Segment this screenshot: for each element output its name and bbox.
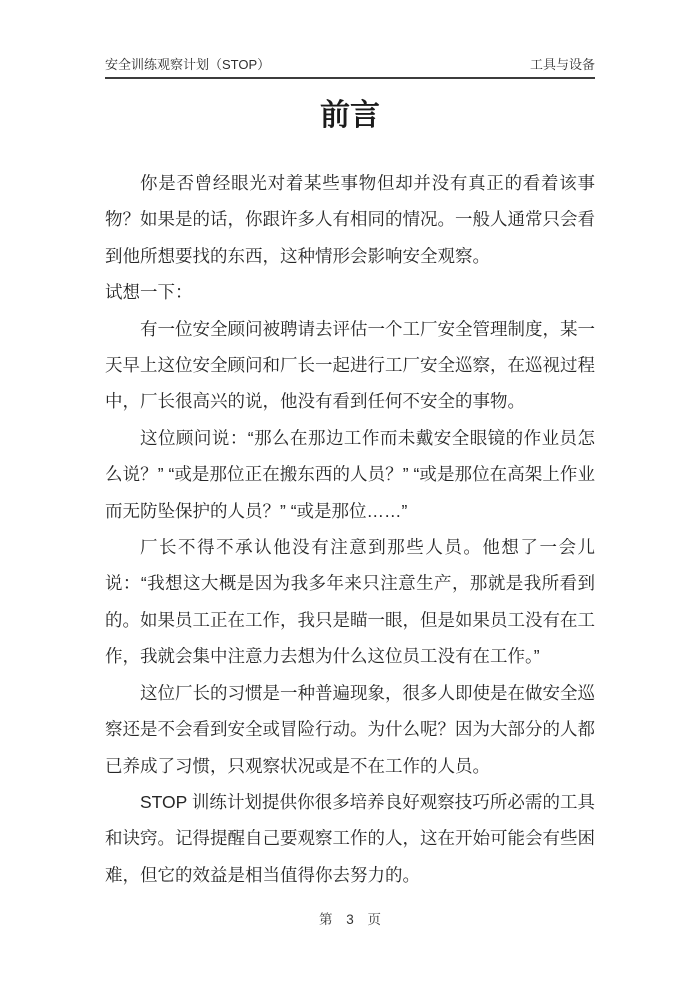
header-left-title: 安全训练观察计划（STOP） [105, 54, 270, 73]
page-title: 前言 [0, 96, 700, 136]
page-number: 第 3 页 [319, 912, 381, 927]
document-body: 你是否曾经眼光对着某些事物但却并没有真正的看着该事物？如果是的话，你跟许多人有相… [105, 165, 595, 893]
body-paragraph: STOP 训练计划提供你很多培养良好观察技巧所必需的工具和诀窍。记得提醒自己要观… [105, 784, 595, 893]
body-paragraph: 厂长不得不承认他没有注意到那些人员。他想了一会儿说：“我想这大概是因为我多年来只… [105, 529, 595, 675]
body-paragraph: 这位顾问说：“那么在那边工作而未戴安全眼镜的作业员怎么说？” “或是那位正在搬东… [105, 420, 595, 529]
body-paragraph: 这位厂长的习惯是一种普遍现象，很多人即使是在做安全巡察还是不会看到安全或冒险行动… [105, 675, 595, 784]
body-paragraph: 你是否曾经眼光对着某些事物但却并没有真正的看着该事物？如果是的话，你跟许多人有相… [105, 165, 595, 274]
page-footer: 第 3 页 [0, 908, 700, 928]
body-paragraph: 有一位安全顾问被聘请去评估一个工厂安全管理制度，某一天早上这位安全顾问和厂长一起… [105, 311, 595, 420]
page-header: 安全训练观察计划（STOP） 工具与设备 [105, 54, 595, 79]
header-right-title: 工具与设备 [530, 54, 595, 73]
body-paragraph: 试想一下： [105, 274, 595, 310]
document-page: 安全训练观察计划（STOP） 工具与设备 前言 你是否曾经眼光对着某些事物但却并… [0, 0, 700, 990]
